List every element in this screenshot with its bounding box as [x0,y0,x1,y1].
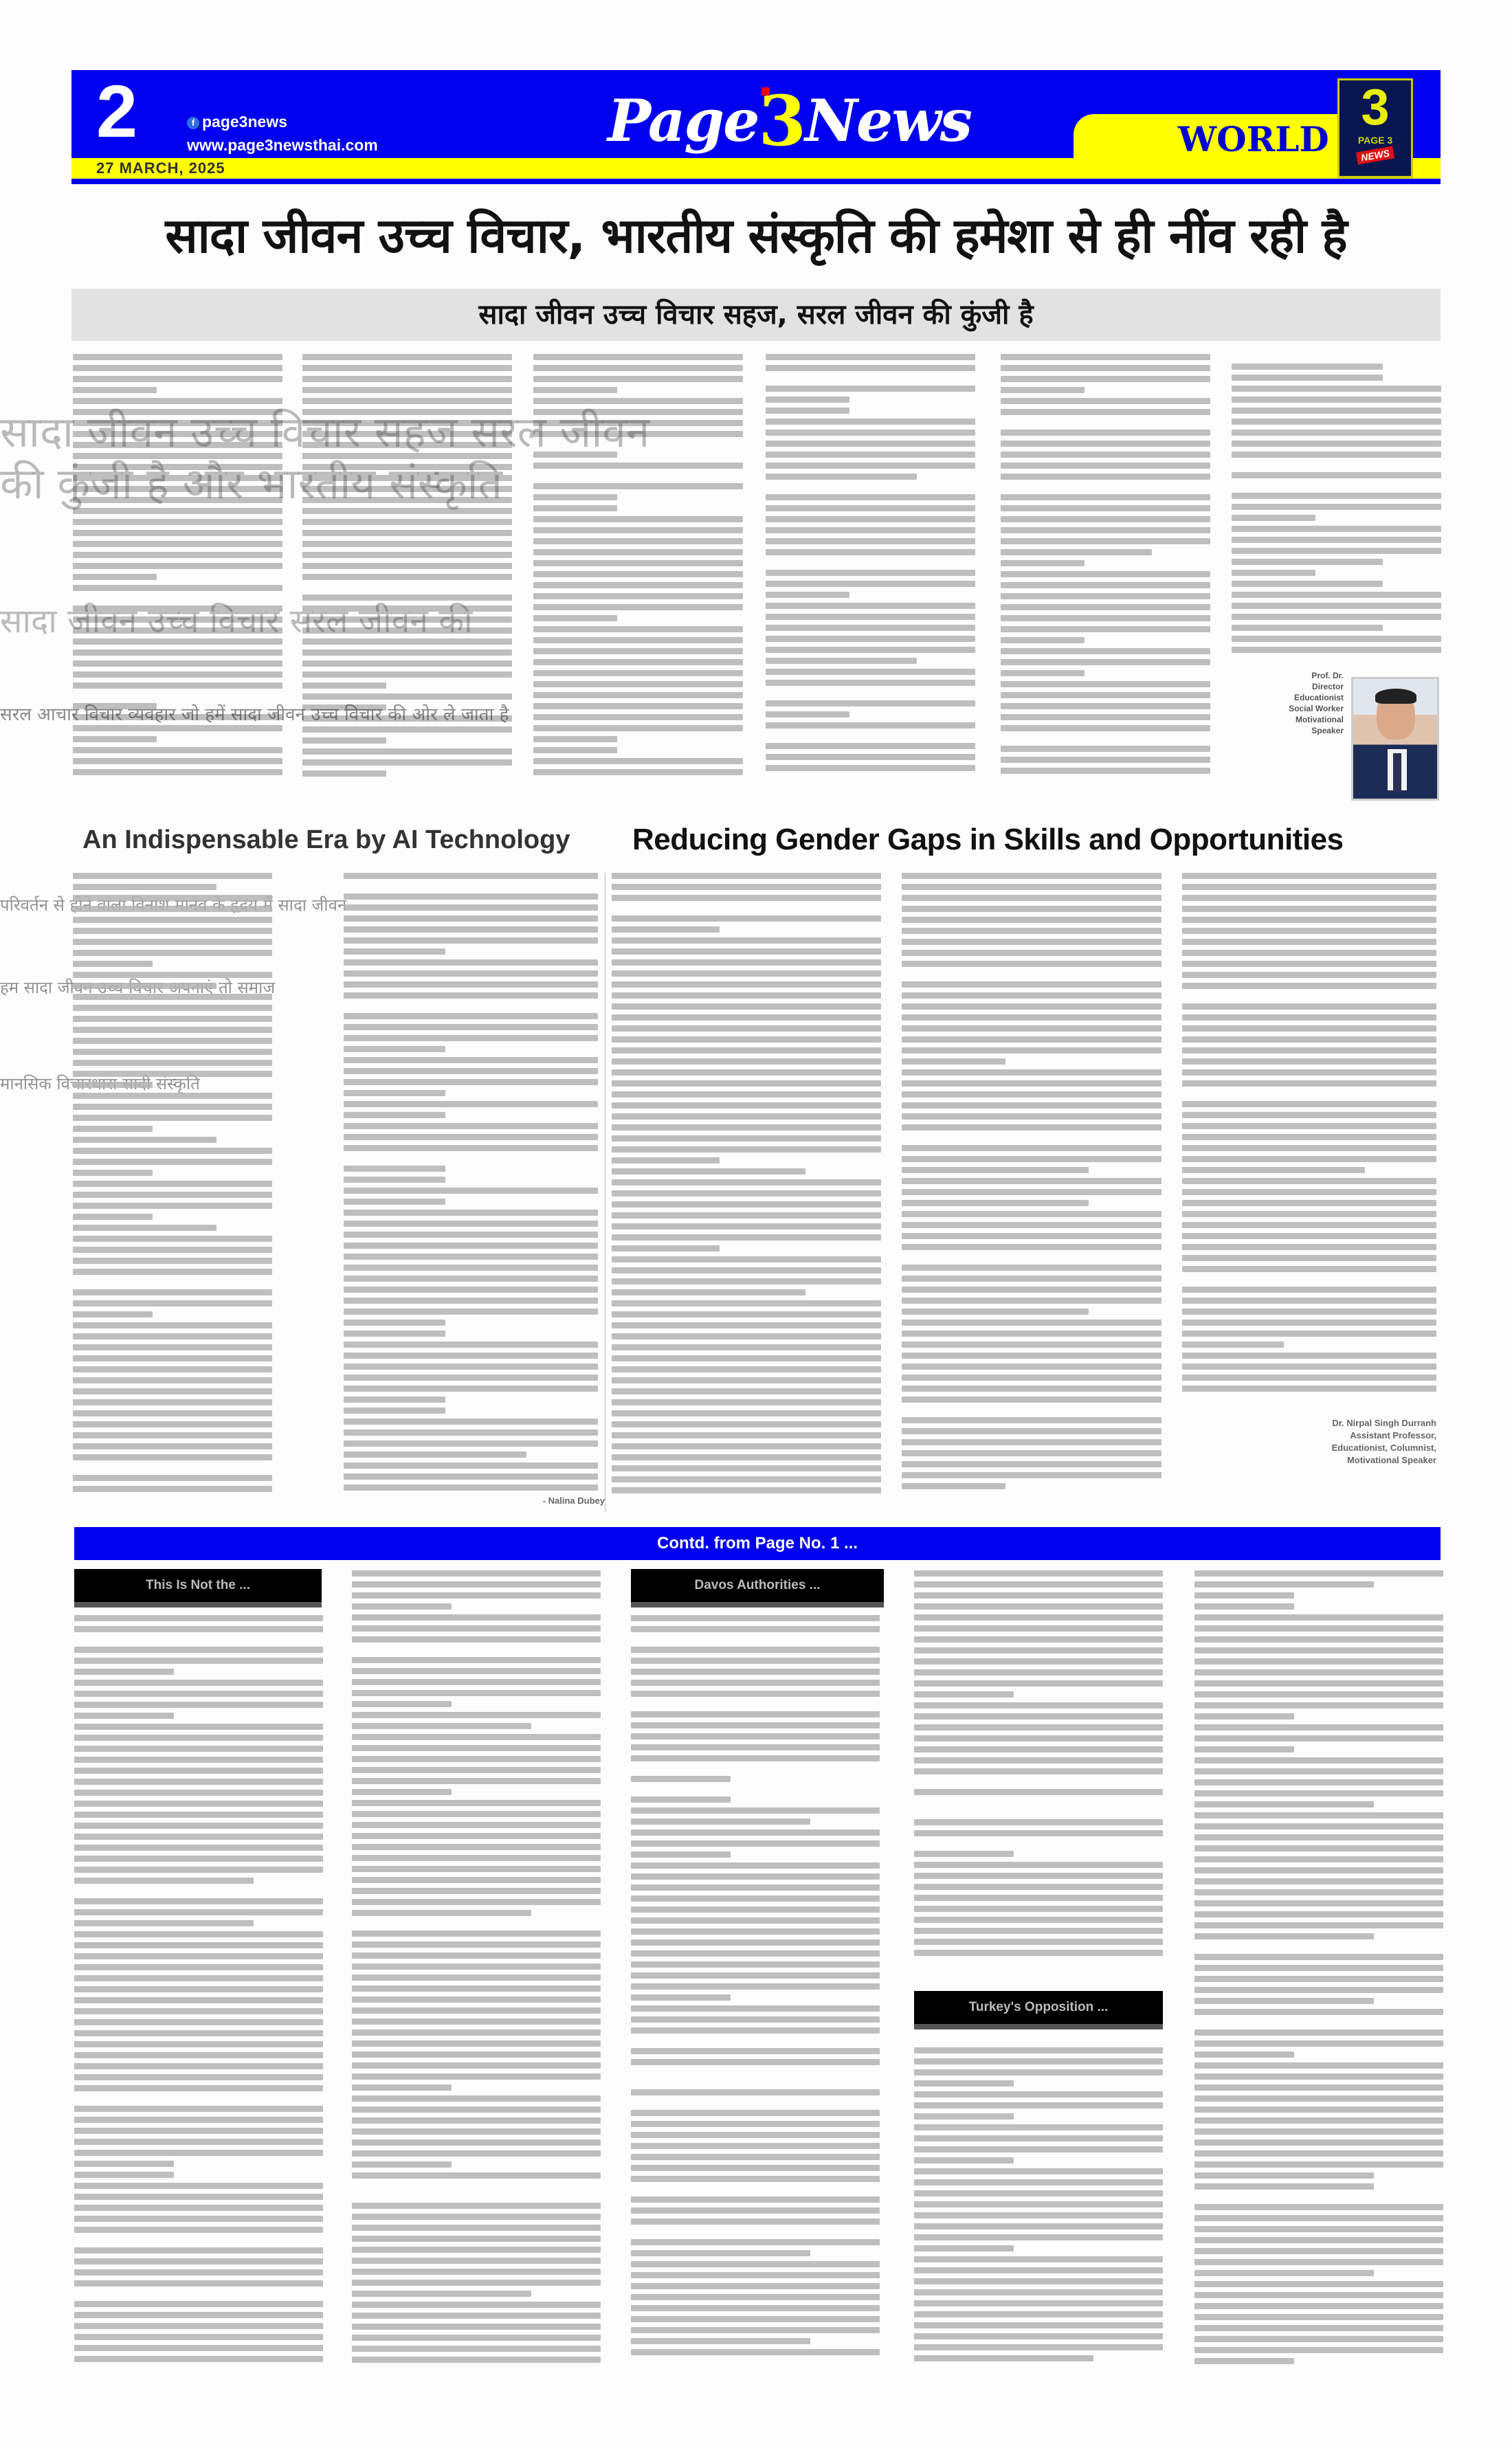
text-line [344,1199,445,1205]
text-line [74,2227,323,2233]
text-line [612,1157,720,1164]
text-line [1001,681,1210,687]
text-line [612,1487,881,1493]
text-line [914,2234,1163,2240]
text-line [533,692,743,698]
text-line [631,1776,731,1782]
text-line [1232,430,1441,436]
text-line [352,1745,601,1751]
text-line [914,1939,1163,1945]
text-line [302,594,512,601]
text-line [612,1399,881,1405]
text-line [74,1724,323,1730]
text-line [902,1439,1161,1445]
text-line [902,1375,1161,1381]
text-line [1182,1342,1284,1348]
text-line [766,538,975,544]
text-line [344,1386,598,1392]
text-line [352,2203,601,2209]
text-line [902,1047,1161,1054]
text-line [914,2289,1163,2295]
text-line [74,1637,323,1647]
text-line [1194,1625,1443,1632]
right-article-byline: Dr. Nirpal Singh Durranh Assistant Profe… [1182,1417,1436,1467]
text-line [302,704,386,711]
text-line [1194,1713,1294,1720]
text-line [74,1779,323,1785]
text-line [631,1733,880,1739]
text-line [1001,637,1085,643]
author-caption-line: Director [1234,681,1344,692]
text-line [612,981,881,988]
text-line [902,1102,1161,1109]
text-line [631,1917,880,1924]
text-line [902,1178,1161,1184]
text-line [766,485,975,494]
text-line [631,1939,880,1946]
text-line [73,497,282,503]
text-line [352,1996,601,2003]
text-line [74,2117,323,2123]
text-line [612,1256,881,1262]
text-line [533,703,743,709]
text-line [612,1036,881,1043]
text-line [1182,873,1436,879]
text-line [914,1928,1163,1934]
text-line [914,1779,1163,1789]
text-line [631,1840,880,1847]
text-line [74,2247,323,2254]
text-line [631,1796,731,1803]
text-line [914,1895,1163,1901]
text-line [344,992,598,999]
text-line [1194,1636,1443,1643]
text-line [914,1669,1163,1676]
text-line [1001,505,1210,511]
photo-hair [1375,689,1416,704]
text-line [344,1101,598,1107]
text-line [1182,1386,1436,1392]
text-line [302,453,512,459]
text-line [612,1080,881,1087]
text-line [73,638,282,645]
text-line [73,354,282,360]
text-line [302,497,512,503]
text-line [1194,2292,1443,2298]
english-headline-right: Reducing Gender Gaps in Skills and Oppor… [632,819,1436,860]
text-line [344,1407,445,1414]
text-line [1182,1189,1436,1195]
text-line [73,365,282,371]
text-line [73,983,216,989]
text-line [74,1942,323,1948]
text-line [344,1353,598,1359]
text-line [612,1388,881,1394]
text-line [1182,1112,1436,1118]
text-line [631,2283,880,2289]
text-line [1182,961,1436,967]
text-line [73,585,282,591]
text-line [344,1079,598,1085]
text-line [74,2139,323,2145]
text-line [902,1222,1161,1228]
text-line [1001,571,1210,577]
text-line [1194,1878,1443,1884]
text-line [302,365,512,371]
text-line [914,2355,1093,2361]
text-line [74,1801,323,1807]
text-line [1194,2020,1443,2029]
text-line [74,1823,323,1829]
text-line [1182,1025,1436,1032]
text-line [1001,474,1210,480]
text-line [352,1822,601,1828]
text-line [902,992,1161,999]
text-line [74,1878,254,1884]
text-line [302,693,512,700]
text-line [1001,441,1210,447]
text-line [612,1124,881,1131]
text-line [73,649,282,656]
text-line [73,1410,272,1416]
text-line [1194,2358,1294,2364]
text-line [914,1906,1163,1912]
text-line [344,1123,598,1129]
text-column [914,2038,1163,2374]
text-line [344,1342,598,1348]
text-line [631,1972,880,1979]
text-line [1232,526,1441,532]
text-line [902,1461,1161,1467]
text-line [1001,626,1210,632]
text-line [612,1300,881,1306]
text-column [73,354,282,787]
text-line [74,2258,323,2265]
text-line [302,530,512,536]
text-line [1194,2248,1443,2254]
text-line [902,1417,1161,1423]
text-line [1001,746,1210,752]
text-line [631,1994,731,2001]
text-line [631,2327,880,2333]
text-line [352,2062,601,2069]
text-line [73,682,282,689]
text-line [73,1049,272,1055]
text-line [1182,928,1436,934]
text-line [344,1298,598,1304]
text-line [612,970,881,977]
text-line [352,2258,601,2264]
text-line [1194,2051,1294,2058]
text-line [914,1884,1163,1890]
text-line [73,1181,272,1187]
text-line [914,1810,1163,1819]
text-line [1001,365,1210,371]
text-line [631,2038,880,2048]
text-line [766,581,975,587]
text-line [1182,1058,1436,1065]
text-line [302,660,512,667]
text-line [631,2272,880,2278]
text-line [73,769,282,775]
text-line [74,2052,323,2058]
text-line [914,2047,1163,2054]
text-line [352,2117,601,2124]
text-line [914,1789,1163,1795]
text-line [902,1483,1005,1489]
text-line [73,1038,272,1044]
text-line [914,1702,1163,1709]
text-line [914,2223,1163,2229]
text-line [914,2113,1014,2119]
text-line [352,2161,452,2168]
text-line [902,981,1161,988]
text-line [352,1614,601,1621]
text-line [352,1985,601,1992]
section-header-turkeys-opposition: Turkey's Opposition ... [914,1991,1163,2029]
text-line [914,2333,1163,2339]
text-line [631,1658,880,1664]
text-line [352,2183,601,2193]
text-line [766,516,975,522]
text-line [1194,1900,1443,1906]
text-line [1232,408,1441,414]
text-line [74,1680,323,1686]
text-line [344,1013,598,1019]
text-column [533,354,743,787]
text-line [533,714,743,720]
text-column [74,1615,323,2378]
text-line [344,1440,598,1447]
text-line [1182,906,1436,912]
text-line [352,1581,601,1588]
text-line [914,2135,1163,2141]
text-line [914,2102,1163,2108]
text-line [74,1920,254,1926]
text-line [766,549,975,555]
text-line [914,1735,1163,1742]
text-line [73,906,272,912]
text-line [1182,1353,1436,1359]
text-line [902,1091,1161,1098]
text-line [902,873,1161,879]
text-line [902,1058,1005,1065]
text-line [766,711,849,717]
text-line [73,660,282,667]
text-line [1232,548,1441,554]
text-line [344,1462,598,1469]
text-line [74,2334,323,2340]
text-line [631,2110,880,2116]
text-line [914,1873,1163,1879]
text-line [533,725,743,731]
text-line [902,1233,1161,1239]
text-line [631,2059,880,2065]
text-line [73,1344,272,1350]
page3-badge-logo: 3 PAGE 3 NEWS [1337,78,1413,178]
text-line [631,2349,880,2355]
text-line [73,409,282,415]
text-line [302,638,512,645]
text-line [352,1921,601,1930]
text-line [1182,1233,1436,1239]
text-line [612,1432,881,1438]
text-line [1194,2259,1443,2265]
text-line [73,917,272,923]
text-line [1182,1156,1436,1162]
text-line [533,354,743,360]
text-line [612,1344,881,1350]
text-line [914,2190,1163,2196]
text-line [612,948,881,955]
facebook-handle[interactable]: page3news [202,113,287,131]
text-line [914,1768,1163,1774]
text-line [74,2074,323,2080]
text-line [914,1581,1163,1588]
text-line [631,2048,880,2054]
text-line [73,895,272,901]
text-line [612,1311,881,1317]
text-line [533,582,743,588]
text-line [73,1247,272,1253]
text-line [902,1080,1161,1087]
text-line [631,1626,880,1632]
text-line [631,2165,880,2171]
text-line [352,1789,452,1795]
text-line [74,2216,323,2222]
text-line [73,747,282,753]
badge-line2: NEWS [1356,146,1394,164]
text-line [74,2194,323,2200]
text-line [766,408,849,414]
text-line [344,1254,598,1260]
text-line [352,2139,601,2146]
text-line [1194,1965,1443,1971]
text-line [352,1888,601,1894]
text-line [612,884,881,890]
text-line [302,486,512,492]
text-line [914,2157,1014,2163]
text-line [902,1472,1161,1478]
text-line [352,2029,601,2036]
text-line [914,1746,1163,1752]
text-line [74,2019,323,2025]
text-line [302,420,512,426]
text-line [1194,2194,1443,2204]
text-line [533,560,743,566]
text-line [73,1454,272,1460]
text-line [352,2007,601,2014]
text-line [766,669,975,675]
text-line [302,616,512,623]
text-line [302,387,512,393]
text-line [344,1210,598,1216]
text-line [766,636,975,642]
text-line [352,2346,601,2352]
text-line [344,926,598,933]
author-caption: Prof. Dr. Director Educationist Social W… [1234,670,1344,736]
text-line [344,904,598,911]
text-line [302,649,512,656]
text-line [352,2106,601,2113]
text-line [73,873,272,879]
text-line [302,715,512,722]
text-line [631,2154,880,2160]
text-line [74,1713,174,1719]
text-line [1232,614,1441,620]
text-line [766,560,975,570]
text-line [1194,2336,1443,2342]
text-line [352,1899,601,1905]
text-line [352,1910,531,1916]
text-line [914,1757,1163,1763]
text-line [1194,2347,1443,2353]
text-line [344,1451,526,1458]
text-line [74,1898,323,1904]
text-line [1194,1779,1443,1785]
text-line [344,1287,598,1293]
text-line [352,2193,601,2203]
text-line [73,616,282,623]
text-line [533,593,743,599]
text-line [533,670,743,676]
text-line [73,1443,272,1449]
text-line [1194,2150,1443,2157]
masthead-underline [71,179,1441,184]
text-line [1232,375,1383,381]
text-line [73,398,282,404]
text-line [73,736,157,742]
text-line [302,770,386,777]
text-line [612,1190,881,1197]
text-line [612,937,881,944]
text-line [1182,1047,1436,1054]
text-line [344,1265,598,1271]
text-line [914,1950,1163,1956]
text-line [1001,725,1210,731]
text-line [352,2324,601,2330]
text-line [344,1232,598,1238]
text-line [352,1778,601,1784]
text-line [73,1016,272,1022]
text-line [1194,1933,1374,1939]
text-line [631,1983,880,1990]
text-line [631,2316,880,2322]
website-link[interactable]: www.page3newsthai.com [187,133,378,157]
text-line [344,948,445,955]
text-line [612,1168,805,1175]
text-line [352,1712,601,1718]
author-caption-line: Prof. Dr. [1234,670,1344,681]
text-line [533,648,743,654]
text-line [902,1331,1161,1337]
text-line [914,1862,1163,1868]
text-line [902,1069,1161,1076]
text-line [74,1735,323,1741]
text-line [344,1221,598,1227]
text-line [1194,1614,1443,1621]
text-line [612,1234,881,1240]
text-line [73,1148,272,1154]
page-number: 2 [96,74,137,148]
text-line [1001,516,1210,522]
text-line [1182,1211,1436,1217]
text-line [1194,1691,1443,1698]
text-line [612,1454,881,1460]
text-line [533,538,743,544]
text-line [631,1766,880,1776]
text-line [74,2041,323,2047]
